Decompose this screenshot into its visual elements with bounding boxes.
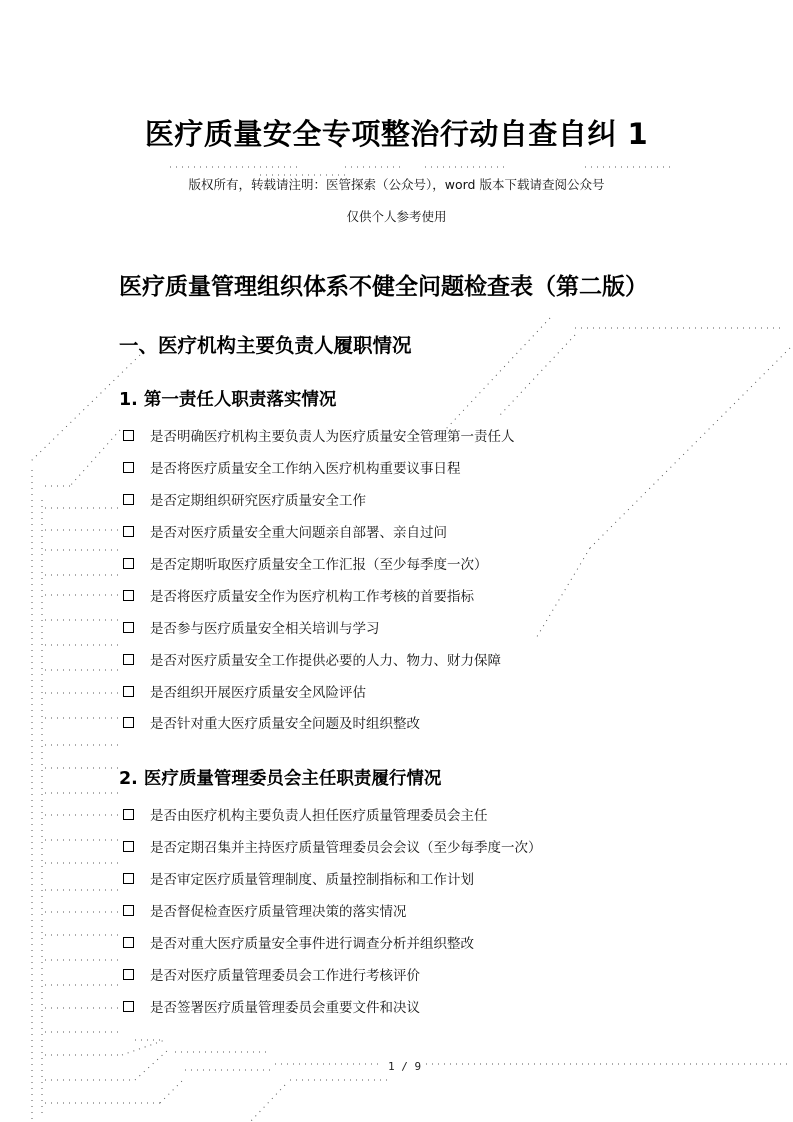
checklist-main-heading: 医疗质量管理组织体系不健全问题检查表（第二版） xyxy=(119,268,648,301)
checkbox-icon[interactable] xyxy=(123,809,134,820)
checklist-item-text: 是否由医疗机构主要负责人担任医疗质量管理委员会主任 xyxy=(150,804,488,824)
checklist-item-text: 是否组织开展医疗质量安全风险评估 xyxy=(150,681,366,701)
checklist-item: 是否明确医疗机构主要负责人为医疗质量安全管理第一责任人 xyxy=(120,424,515,446)
checklist-item: 是否对医疗质量安全工作提供必要的人力、物力、财力保障 xyxy=(120,648,501,670)
checklist-item-text: 是否对医疗质量安全工作提供必要的人力、物力、财力保障 xyxy=(150,649,501,669)
checkbox-icon[interactable] xyxy=(123,873,134,884)
checklist-item: 是否督促检查医疗质量管理决策的落实情况 xyxy=(120,899,407,921)
subsection-heading: 2. 医疗质量管理委员会主任职责履行情况 xyxy=(119,765,441,790)
checklist-item: 是否将医疗质量安全作为医疗机构工作考核的首要指标 xyxy=(120,584,474,606)
checklist-item: 是否针对重大医疗质量安全问题及时组织整改 xyxy=(120,711,420,733)
checklist-item: 是否对重大医疗质量安全事件进行调查分析并组织整改 xyxy=(120,931,474,953)
checklist-item: 是否审定医疗质量管理制度、质量控制指标和工作计划 xyxy=(120,867,474,889)
subsection-heading: 1. 第一责任人职责落实情况 xyxy=(119,386,336,411)
checkbox-icon[interactable] xyxy=(123,686,134,697)
checkbox-icon[interactable] xyxy=(123,969,134,980)
copyright-notice: 版权所有，转载请注明：医管探索（公众号），word 版本下载请查阅公众号 xyxy=(0,175,793,193)
checklist-item: 是否定期召集并主持医疗质量管理委员会会议（至少每季度一次） xyxy=(120,835,542,857)
checkbox-icon[interactable] xyxy=(123,622,134,633)
checklist-item-text: 是否定期听取医疗质量安全工作汇报（至少每季度一次） xyxy=(150,553,488,573)
checklist-item-text: 是否签署医疗质量管理委员会重要文件和决议 xyxy=(150,996,420,1016)
checklist-item: 是否组织开展医疗质量安全风险评估 xyxy=(120,680,366,702)
page-indicator: 1 / 9 xyxy=(386,1060,423,1073)
checklist-item-text: 是否将医疗质量安全工作纳入医疗机构重要议事日程 xyxy=(150,457,461,477)
checklist-item: 是否签署医疗质量管理委员会重要文件和决议 xyxy=(120,995,420,1017)
checkbox-icon[interactable] xyxy=(123,494,134,505)
checklist-item-text: 是否审定医疗质量管理制度、质量控制指标和工作计划 xyxy=(150,868,474,888)
checklist-item: 是否对医疗质量管理委员会工作进行考核评价 xyxy=(120,963,420,985)
checklist-item: 是否由医疗机构主要负责人担任医疗质量管理委员会主任 xyxy=(120,803,488,825)
checklist-item-text: 是否参与医疗质量安全相关培训与学习 xyxy=(150,617,380,637)
checklist-item-text: 是否对重大医疗质量安全事件进行调查分析并组织整改 xyxy=(150,932,474,952)
checklist-item-text: 是否对医疗质量管理委员会工作进行考核评价 xyxy=(150,964,420,984)
checkbox-icon[interactable] xyxy=(123,654,134,665)
checkbox-icon[interactable] xyxy=(123,430,134,441)
checkbox-icon[interactable] xyxy=(123,590,134,601)
checkbox-icon[interactable] xyxy=(123,841,134,852)
checkbox-icon[interactable] xyxy=(123,937,134,948)
checklist-item: 是否对医疗质量安全重大问题亲自部署、亲自过问 xyxy=(120,520,447,542)
document-title: 医疗质量安全专项整治行动自查自纠 1 xyxy=(0,112,793,153)
checklist-item: 是否定期组织研究医疗质量安全工作 xyxy=(120,488,366,510)
usage-notice: 仅供个人参考使用 xyxy=(0,207,793,225)
checklist-item-text: 是否将医疗质量安全作为医疗机构工作考核的首要指标 xyxy=(150,585,474,605)
checklist-item-text: 是否针对重大医疗质量安全问题及时组织整改 xyxy=(150,712,420,732)
checklist-item: 是否将医疗质量安全工作纳入医疗机构重要议事日程 xyxy=(120,456,461,478)
checkbox-icon[interactable] xyxy=(123,526,134,537)
checkbox-icon[interactable] xyxy=(123,558,134,569)
checkbox-icon[interactable] xyxy=(123,905,134,916)
checklist-item-text: 是否对医疗质量安全重大问题亲自部署、亲自过问 xyxy=(150,521,447,541)
checkbox-icon[interactable] xyxy=(123,1001,134,1012)
checkbox-icon[interactable] xyxy=(123,462,134,473)
checklist-item-text: 是否督促检查医疗质量管理决策的落实情况 xyxy=(150,900,407,920)
checklist-item: 是否参与医疗质量安全相关培训与学习 xyxy=(120,616,380,638)
checklist-item-text: 是否定期召集并主持医疗质量管理委员会会议（至少每季度一次） xyxy=(150,836,542,856)
checklist-item-text: 是否明确医疗机构主要负责人为医疗质量安全管理第一责任人 xyxy=(150,425,515,445)
checklist-item-text: 是否定期组织研究医疗质量安全工作 xyxy=(150,489,366,509)
checkbox-icon[interactable] xyxy=(123,717,134,728)
section-heading: 一、医疗机构主要负责人履职情况 xyxy=(119,330,412,358)
checklist-item: 是否定期听取医疗质量安全工作汇报（至少每季度一次） xyxy=(120,552,488,574)
